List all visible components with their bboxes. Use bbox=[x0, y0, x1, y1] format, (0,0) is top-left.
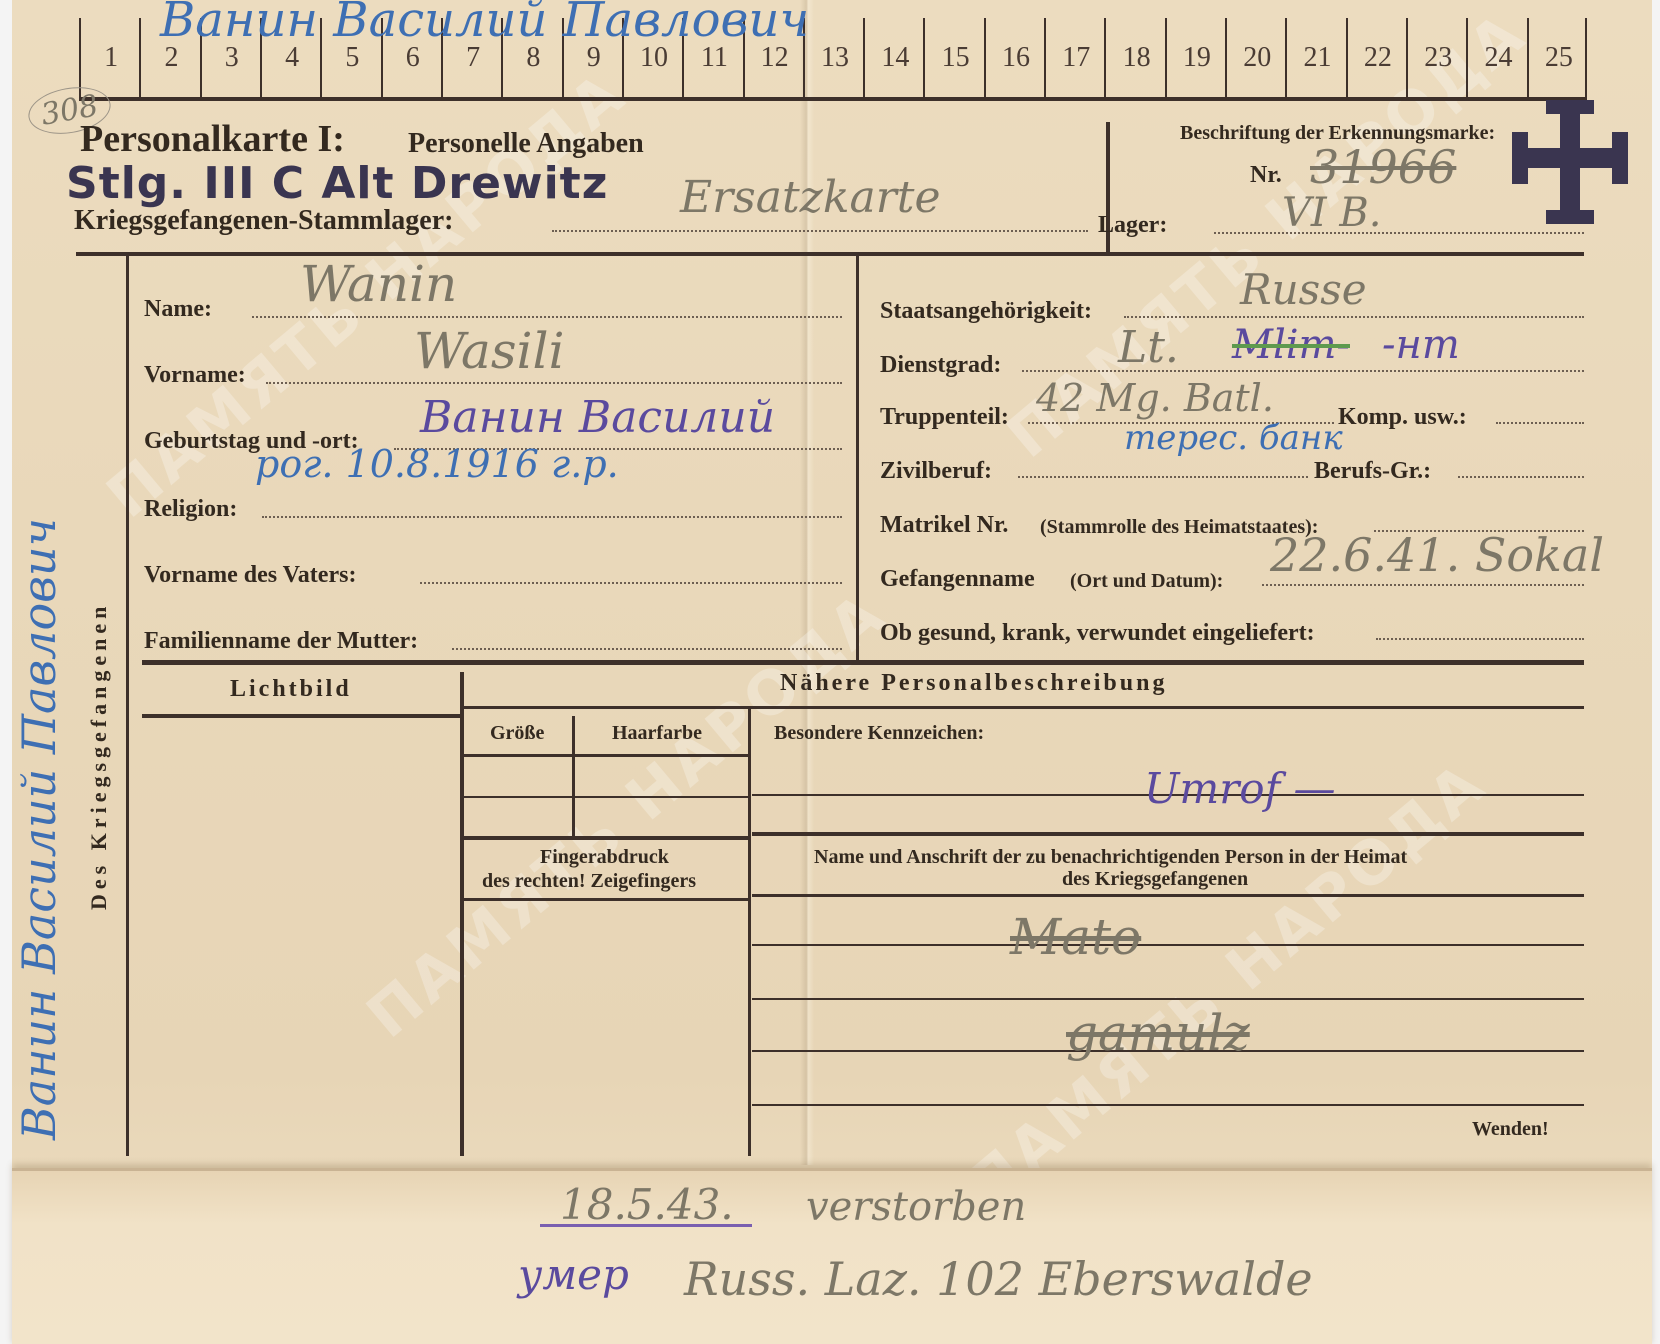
number-cell: 21 bbox=[1285, 18, 1347, 97]
number-cell: 25 bbox=[1527, 18, 1589, 97]
death-prefix-ru: умер bbox=[518, 1250, 629, 1299]
dotted-line bbox=[1496, 422, 1584, 424]
number-cell: 22 bbox=[1346, 18, 1408, 97]
dotted-line bbox=[1018, 476, 1308, 478]
number-cell: 13 bbox=[803, 18, 865, 97]
groesse-label: Größe bbox=[490, 722, 544, 745]
camp-stamp: Stlg. III C Alt Drewitz bbox=[66, 158, 608, 209]
lichtbild-label: Lichtbild bbox=[230, 676, 352, 703]
number-cell: 18 bbox=[1104, 18, 1166, 97]
haarfarbe-label: Haarfarbe bbox=[612, 722, 702, 745]
number-cell: 16 bbox=[984, 18, 1046, 97]
frame-line bbox=[752, 832, 1584, 836]
notify-label-1: Name und Anschrift der zu benachrichtige… bbox=[814, 846, 1407, 869]
number-cell: 15 bbox=[923, 18, 985, 97]
nr-value: 31966 bbox=[1310, 140, 1456, 194]
number-cell: 14 bbox=[863, 18, 925, 97]
ruled-line bbox=[752, 1104, 1584, 1106]
field-value-dienstgrad: Lt. bbox=[1118, 322, 1179, 373]
dotted-line bbox=[1022, 370, 1584, 372]
number-cell: 17 bbox=[1044, 18, 1106, 97]
number-cell: 20 bbox=[1225, 18, 1287, 97]
field-label-berufs-gr: Berufs-Gr.: bbox=[1314, 458, 1431, 485]
fingerabdruck-label-1: Fingerabdruck bbox=[540, 846, 669, 869]
stammlager-value: Ersatzkarte bbox=[680, 172, 940, 223]
dotted-line bbox=[252, 316, 842, 318]
dotted-line bbox=[1214, 232, 1584, 234]
field-label-mutter: Familienname der Mutter: bbox=[144, 628, 418, 655]
field-value-staatsangehoerigkeit: Russe bbox=[1240, 265, 1367, 314]
number-cell: 1 bbox=[79, 18, 141, 97]
frame-line bbox=[464, 796, 748, 798]
ruled-line bbox=[752, 998, 1584, 1000]
field-value-dienstgrad-struck: Mlim- bbox=[1232, 322, 1350, 368]
notify-line-1: Mato bbox=[1010, 908, 1141, 966]
underline bbox=[540, 1224, 752, 1227]
top-handwritten-name: Ванин Василий Павлович bbox=[160, 0, 809, 48]
notify-label-2: des Kriegsgefangenen bbox=[1062, 868, 1248, 891]
notify-line-2: gamulz bbox=[1066, 1004, 1250, 1062]
kennzeichen-label: Besondere Kennzeichen: bbox=[774, 722, 984, 745]
frame-line bbox=[460, 672, 464, 1156]
nr-label: Nr. bbox=[1250, 162, 1282, 189]
field-label-vater: Vorname des Vaters: bbox=[144, 562, 356, 589]
frame-line bbox=[464, 836, 748, 840]
frame-line bbox=[126, 256, 129, 1156]
frame-line bbox=[748, 708, 751, 1156]
field-label-gefangennahme-note: (Ort und Datum): bbox=[1070, 570, 1223, 593]
side-handwritten-name: Ванин Василий Павлович bbox=[12, 518, 66, 1140]
field-label-religion: Religion: bbox=[144, 496, 237, 523]
field-value-geburtstag-name: Ванин Василий bbox=[420, 392, 775, 443]
frame-line bbox=[464, 898, 748, 901]
wenden-label: Wenden! bbox=[1472, 1118, 1549, 1141]
card-title: Personalkarte I: bbox=[80, 117, 345, 161]
field-label-staatsangehoerigkeit: Staatsangehörigkeit: bbox=[880, 298, 1092, 325]
death-date: 18.5.43. bbox=[560, 1180, 734, 1229]
field-label-komp: Komp. usw.: bbox=[1338, 404, 1467, 431]
dotted-line bbox=[452, 648, 842, 650]
side-vertical-label: Des Kriegsgefangenen bbox=[86, 602, 112, 910]
field-value-gefangennahme: 22.6.41. Sokal bbox=[1270, 528, 1604, 582]
field-label-gesundheit: Ob gesund, krank, verwundet eingeliefert… bbox=[880, 620, 1315, 647]
card-subtitle: Personelle Angaben bbox=[408, 128, 644, 160]
field-value-zivilberuf: тepес. банк bbox=[1124, 418, 1343, 458]
field-label-name: Name: bbox=[144, 296, 212, 323]
field-value-dienstgrad-extra: -нт bbox=[1382, 322, 1460, 368]
death-location: Russ. Laz. 102 Eberswalde bbox=[684, 1252, 1313, 1306]
frame-line bbox=[142, 660, 1584, 665]
field-value-name: Wanin bbox=[300, 255, 457, 313]
dotted-line bbox=[262, 516, 842, 518]
beschreibung-label: Nähere Personalbeschreibung bbox=[780, 670, 1167, 697]
field-label-dienstgrad: Dienstgrad: bbox=[880, 352, 1001, 379]
stammlager-label: Kriegsgefangenen-Stammlager: bbox=[74, 205, 453, 237]
kennzeichen-value: Umrof — bbox=[1144, 764, 1335, 813]
dotted-line bbox=[266, 382, 842, 384]
frame-line bbox=[142, 714, 460, 718]
number-cell: 23 bbox=[1406, 18, 1468, 97]
field-label-matrikel: Matrikel Nr. bbox=[880, 512, 1008, 539]
frame-line bbox=[1585, 18, 1587, 97]
field-label-truppenteil: Truppenteil: bbox=[880, 404, 1009, 431]
field-label-zivilberuf: Zivilberuf: bbox=[880, 458, 992, 485]
fingerabdruck-label-2: des rechten! Zeigefingers bbox=[482, 870, 696, 893]
dotted-line bbox=[420, 582, 842, 584]
field-label-gefangennahme: Gefangenname bbox=[880, 566, 1035, 593]
lager-value: VI B. bbox=[1282, 190, 1382, 236]
field-value-geburtstag-date: рог. 10.8.1916 г.р. bbox=[255, 442, 619, 486]
lager-label: Lager: bbox=[1098, 212, 1167, 239]
death-note: verstorben bbox=[806, 1184, 1026, 1230]
dotted-line bbox=[1376, 638, 1584, 640]
number-cell: 24 bbox=[1466, 18, 1528, 97]
frame-line bbox=[572, 716, 575, 836]
dotted-line bbox=[1124, 316, 1584, 318]
dotted-line bbox=[1262, 584, 1584, 586]
number-cell: 19 bbox=[1165, 18, 1227, 97]
field-value-truppenteil: 42 Mg. Batl. bbox=[1036, 376, 1274, 420]
frame-line bbox=[752, 894, 1584, 897]
cross-stamp-icon bbox=[1512, 100, 1628, 224]
dotted-line bbox=[1458, 476, 1584, 478]
field-label-vorname: Vorname: bbox=[144, 362, 246, 389]
ruled-line bbox=[752, 944, 1584, 946]
field-value-vorname: Wasili bbox=[414, 322, 565, 380]
frame-line bbox=[856, 256, 859, 662]
frame-line bbox=[464, 706, 1584, 709]
frame-line bbox=[464, 754, 748, 757]
dotted-line bbox=[552, 230, 1088, 232]
